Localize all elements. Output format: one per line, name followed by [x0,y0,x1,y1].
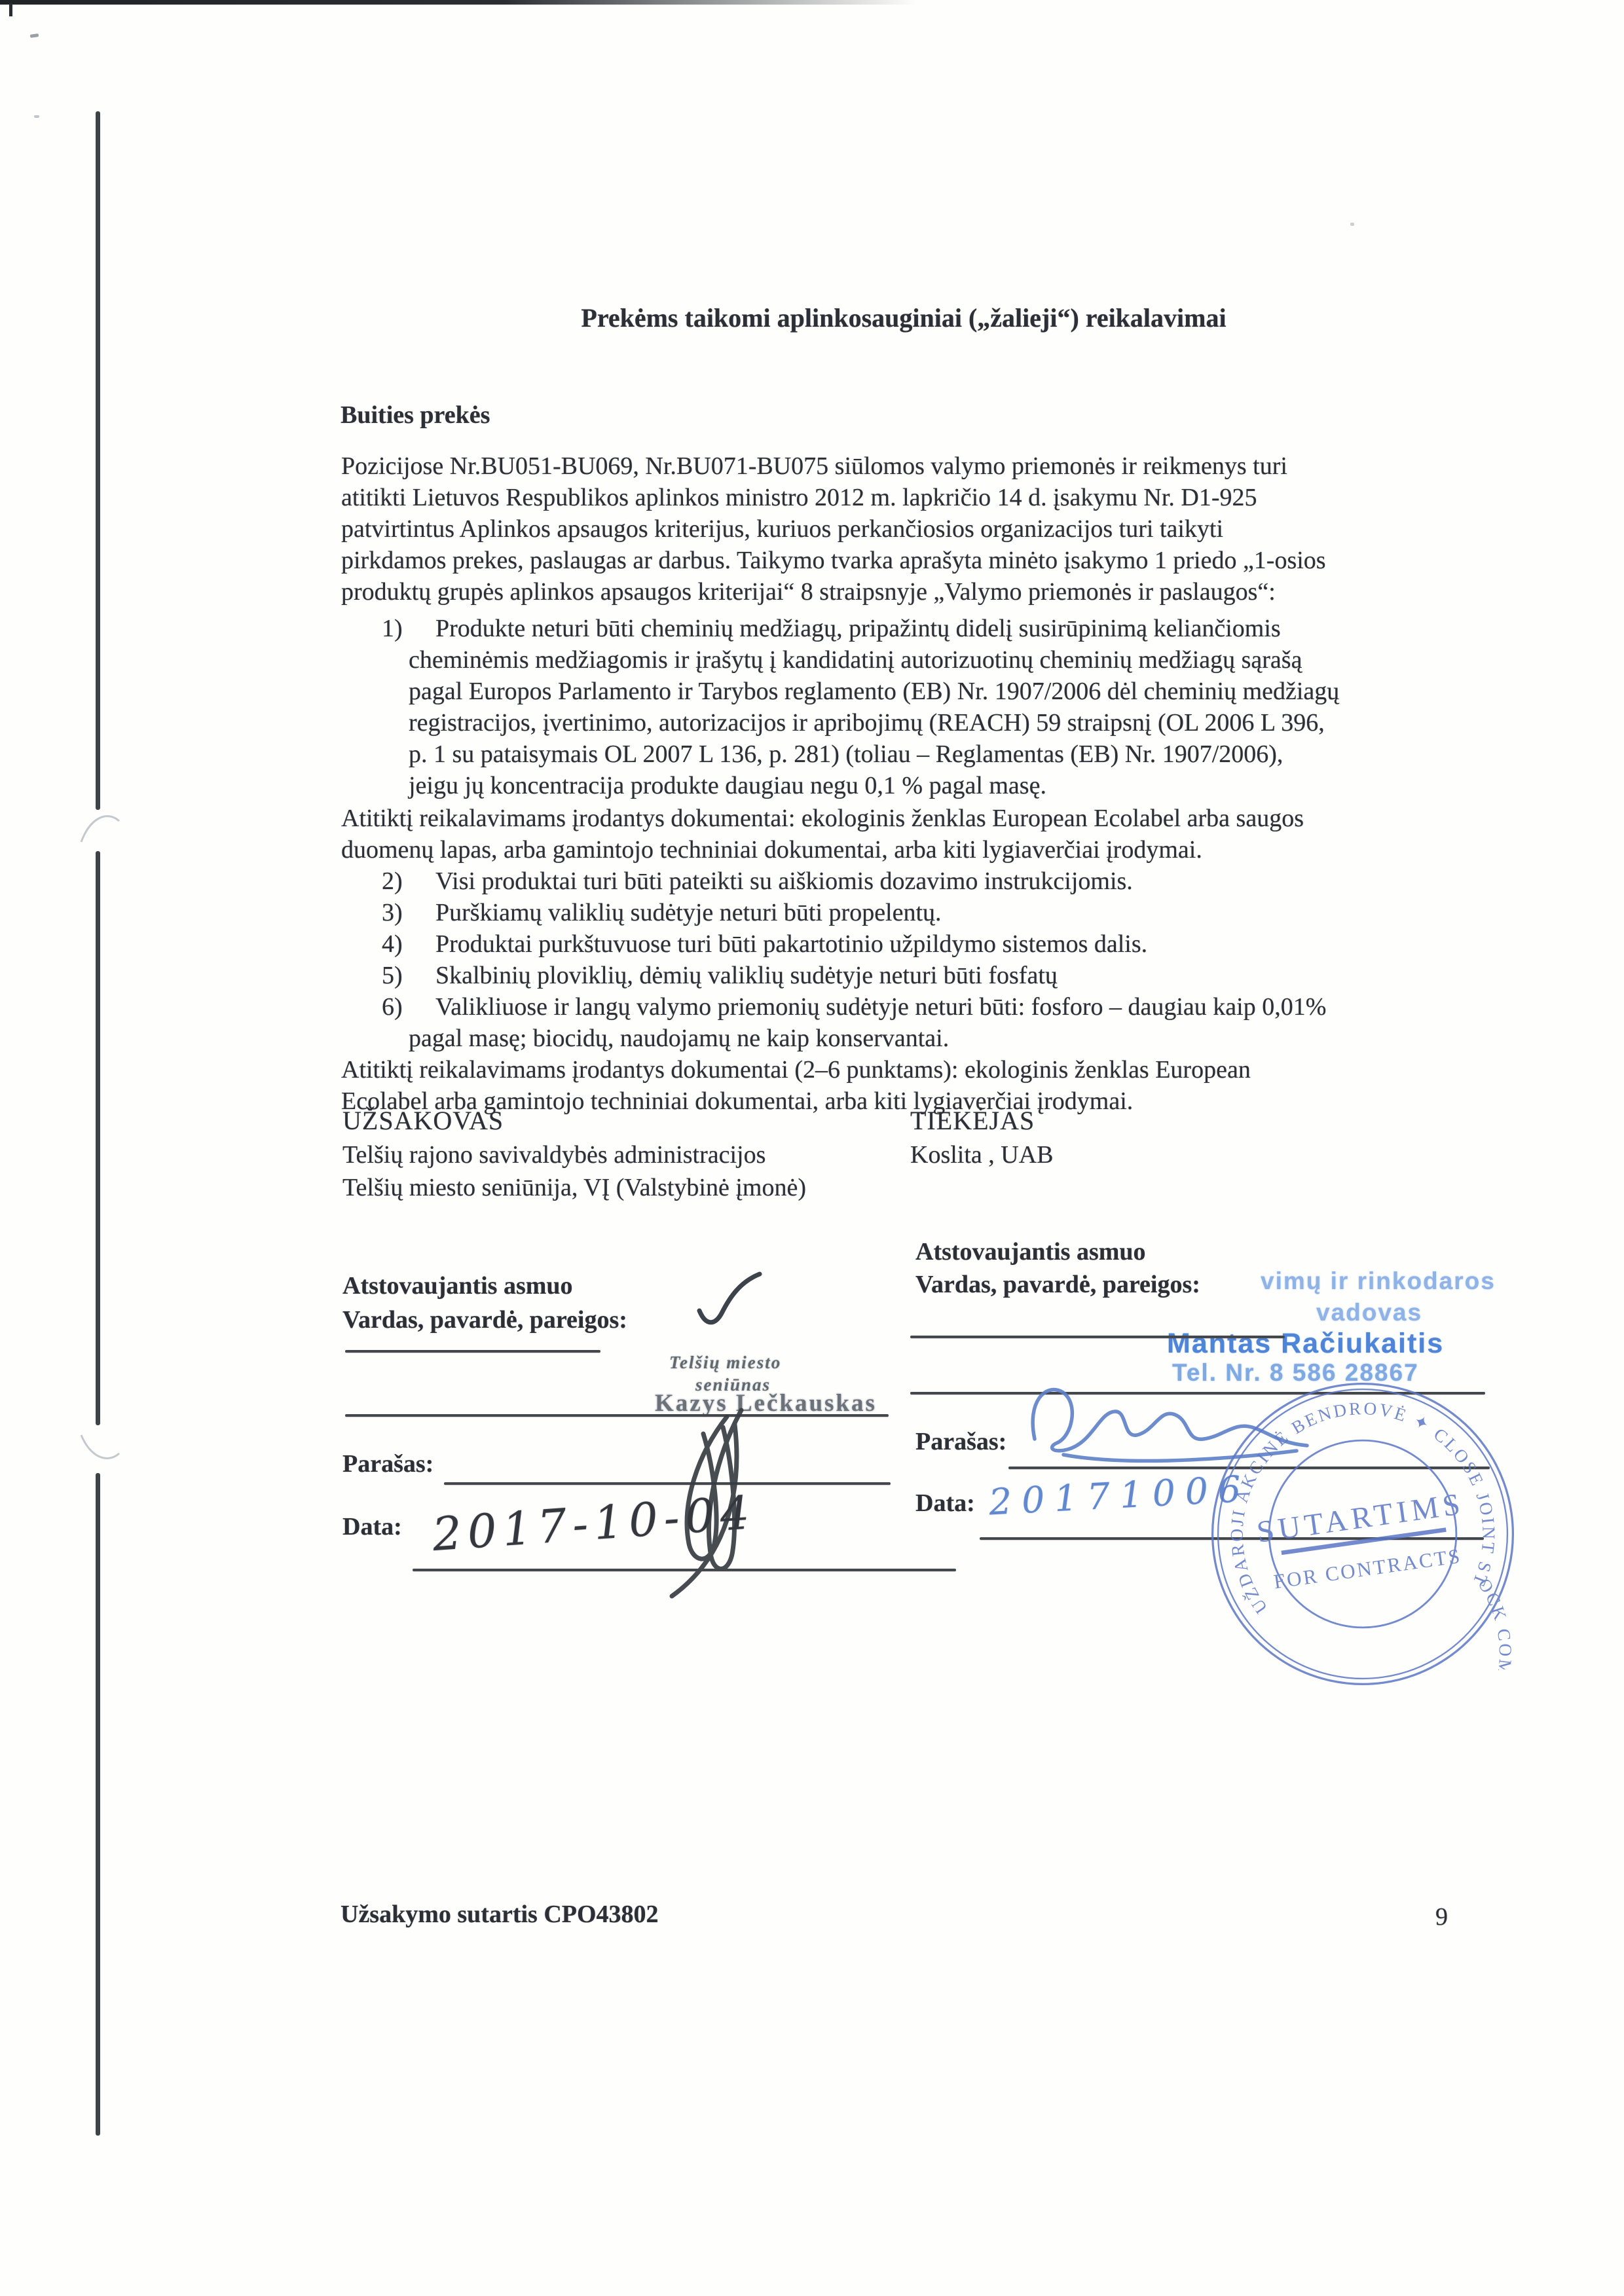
list-item-line: Produktai purkštuvuose turi būti pakarto… [435,928,1147,960]
note-line: duomenų lapas, arba gamintojo techniniai… [341,834,1202,866]
list-item-line: Produkte neturi būti cheminių medžiagų, … [435,613,1281,644]
edge-gap-arc [77,807,123,852]
customer-date-label: Data: [342,1511,402,1542]
office-stamp-position-line: vadovas [1316,1299,1422,1326]
list-item-number: 4) [382,928,403,960]
customer-name-position-label: Vardas, pavardė, pareigos: [342,1304,627,1336]
supplier-signature-label: Parašas: [915,1426,1006,1457]
customer-signature-label: Parašas: [342,1448,434,1480]
page-edge-line-segment [96,111,100,810]
list-item-line: cheminėmis medžiagomis ir įrašytų į kand… [409,644,1302,676]
company-round-stamp: UŽDAROJI AKCINĖ BENDROVĖ ✦ CLOSE JOINT S… [1189,1360,1537,1708]
round-stamp-ring-text: UŽDAROJI AKCINĖ BENDROVĖ ✦ CLOSE JOINT S… [1209,1381,1533,1707]
page-edge-line-segment [96,851,100,1425]
scanned-contract-page: Prekėms taikomi aplinkosauginiai („žalie… [0,0,1624,2296]
supplier-date-label: Data: [915,1487,975,1519]
note-line: Atitiktį reikalavimams įrodantys dokumen… [341,1054,1251,1085]
supplier-name: Koslita , UAB [910,1139,1054,1171]
office-stamp-name: Mantas Račiukaitis [1167,1328,1444,1360]
svg-text:UŽDAROJI AKCINĖ BENDROVĖ ✦ CLO: UŽDAROJI AKCINĖ BENDROVĖ ✦ CLOSE JOINT S… [1209,1381,1533,1707]
edge-gap-arc [77,1425,123,1470]
list-item-line: jeigu jų koncentracija produkte daugiau … [409,770,1046,801]
list-item-number: 2) [382,866,403,897]
paragraph-line: produktų grupės aplinkos apsaugos kriter… [341,576,1276,608]
paragraph-line: Pozicijose Nr.BU051-BU069, Nr.BU071-BU07… [341,450,1287,482]
paragraph-line: atitikti Lietuvos Respublikos aplinkos m… [341,482,1257,513]
list-item-number: 3) [382,897,403,928]
signature-rule [345,1350,600,1353]
list-item-line: pagal Europos Parlamento ir Tarybos regl… [409,676,1339,707]
scan-speck [30,33,39,38]
list-item-number: 5) [382,960,403,991]
supplier-representative-label: Atstovaujantis asmuo [915,1236,1146,1267]
section-heading: Buities prekės [341,399,490,431]
scan-speck [34,115,39,118]
list-item-line: Skalbinių ploviklių, dėmių valiklių sudė… [435,960,1058,991]
footer-page-number: 9 [1435,1903,1448,1931]
paragraph-line: pirkdamos prekes, paslaugas ar darbus. T… [341,545,1326,576]
signature-rule [910,1336,1285,1338]
signature-rule [345,1414,889,1417]
customer-representative-label: Atstovaujantis asmuo [342,1270,573,1302]
list-item-number: 6) [382,991,403,1023]
seniunas-stamp-line: Telšių miesto [669,1353,781,1373]
list-item-line: Purškiamų valiklių sudėtyje neturi būti … [435,897,942,928]
paragraph-line: patvirtintus Aplinkos apsaugos kriteriju… [341,513,1223,545]
scan-tick-mark [9,3,12,16]
list-item-line: pagal masę; biocidų, naudojamų ne kaip k… [409,1023,949,1054]
supplier-name-position-label: Vardas, pavardė, pareigos: [915,1269,1200,1300]
customer-date-line [413,1569,956,1571]
list-item-line: Valikliuose ir langų valymo priemonių su… [435,991,1326,1023]
scan-speck [1350,223,1354,226]
pen-checkmark [693,1271,771,1334]
customer-name-line: Telšių rajono savivaldybės administracij… [342,1139,766,1171]
office-stamp-position-line: vimų ir rinkodaros [1261,1267,1496,1295]
customer-role-label: UŽSAKOVAS [342,1105,504,1137]
customer-name-line: Telšių miesto seniūnija, VĮ (Valstybinė … [342,1172,806,1203]
list-item-line: p. 1 su pataisymais OL 2007 L 136, p. 28… [409,738,1283,770]
page-edge-line-segment [96,1473,100,2136]
list-item-line: Visi produktai turi būti pateikti su aiš… [435,866,1133,897]
page-title: Prekėms taikomi aplinkosauginiai („žalie… [341,302,1467,333]
supplier-role-label: TIEKĖJAS [910,1105,1035,1137]
note-line: Atitiktį reikalavimams įrodantys dokumen… [341,803,1304,834]
footer-contract-number: Užsakymo sutartis CPO43802 [341,1900,659,1929]
top-scan-line [0,0,917,5]
list-item-line: registracijos, įvertinimo, autorizacijos… [409,707,1325,738]
list-item-number: 1) [382,613,403,644]
